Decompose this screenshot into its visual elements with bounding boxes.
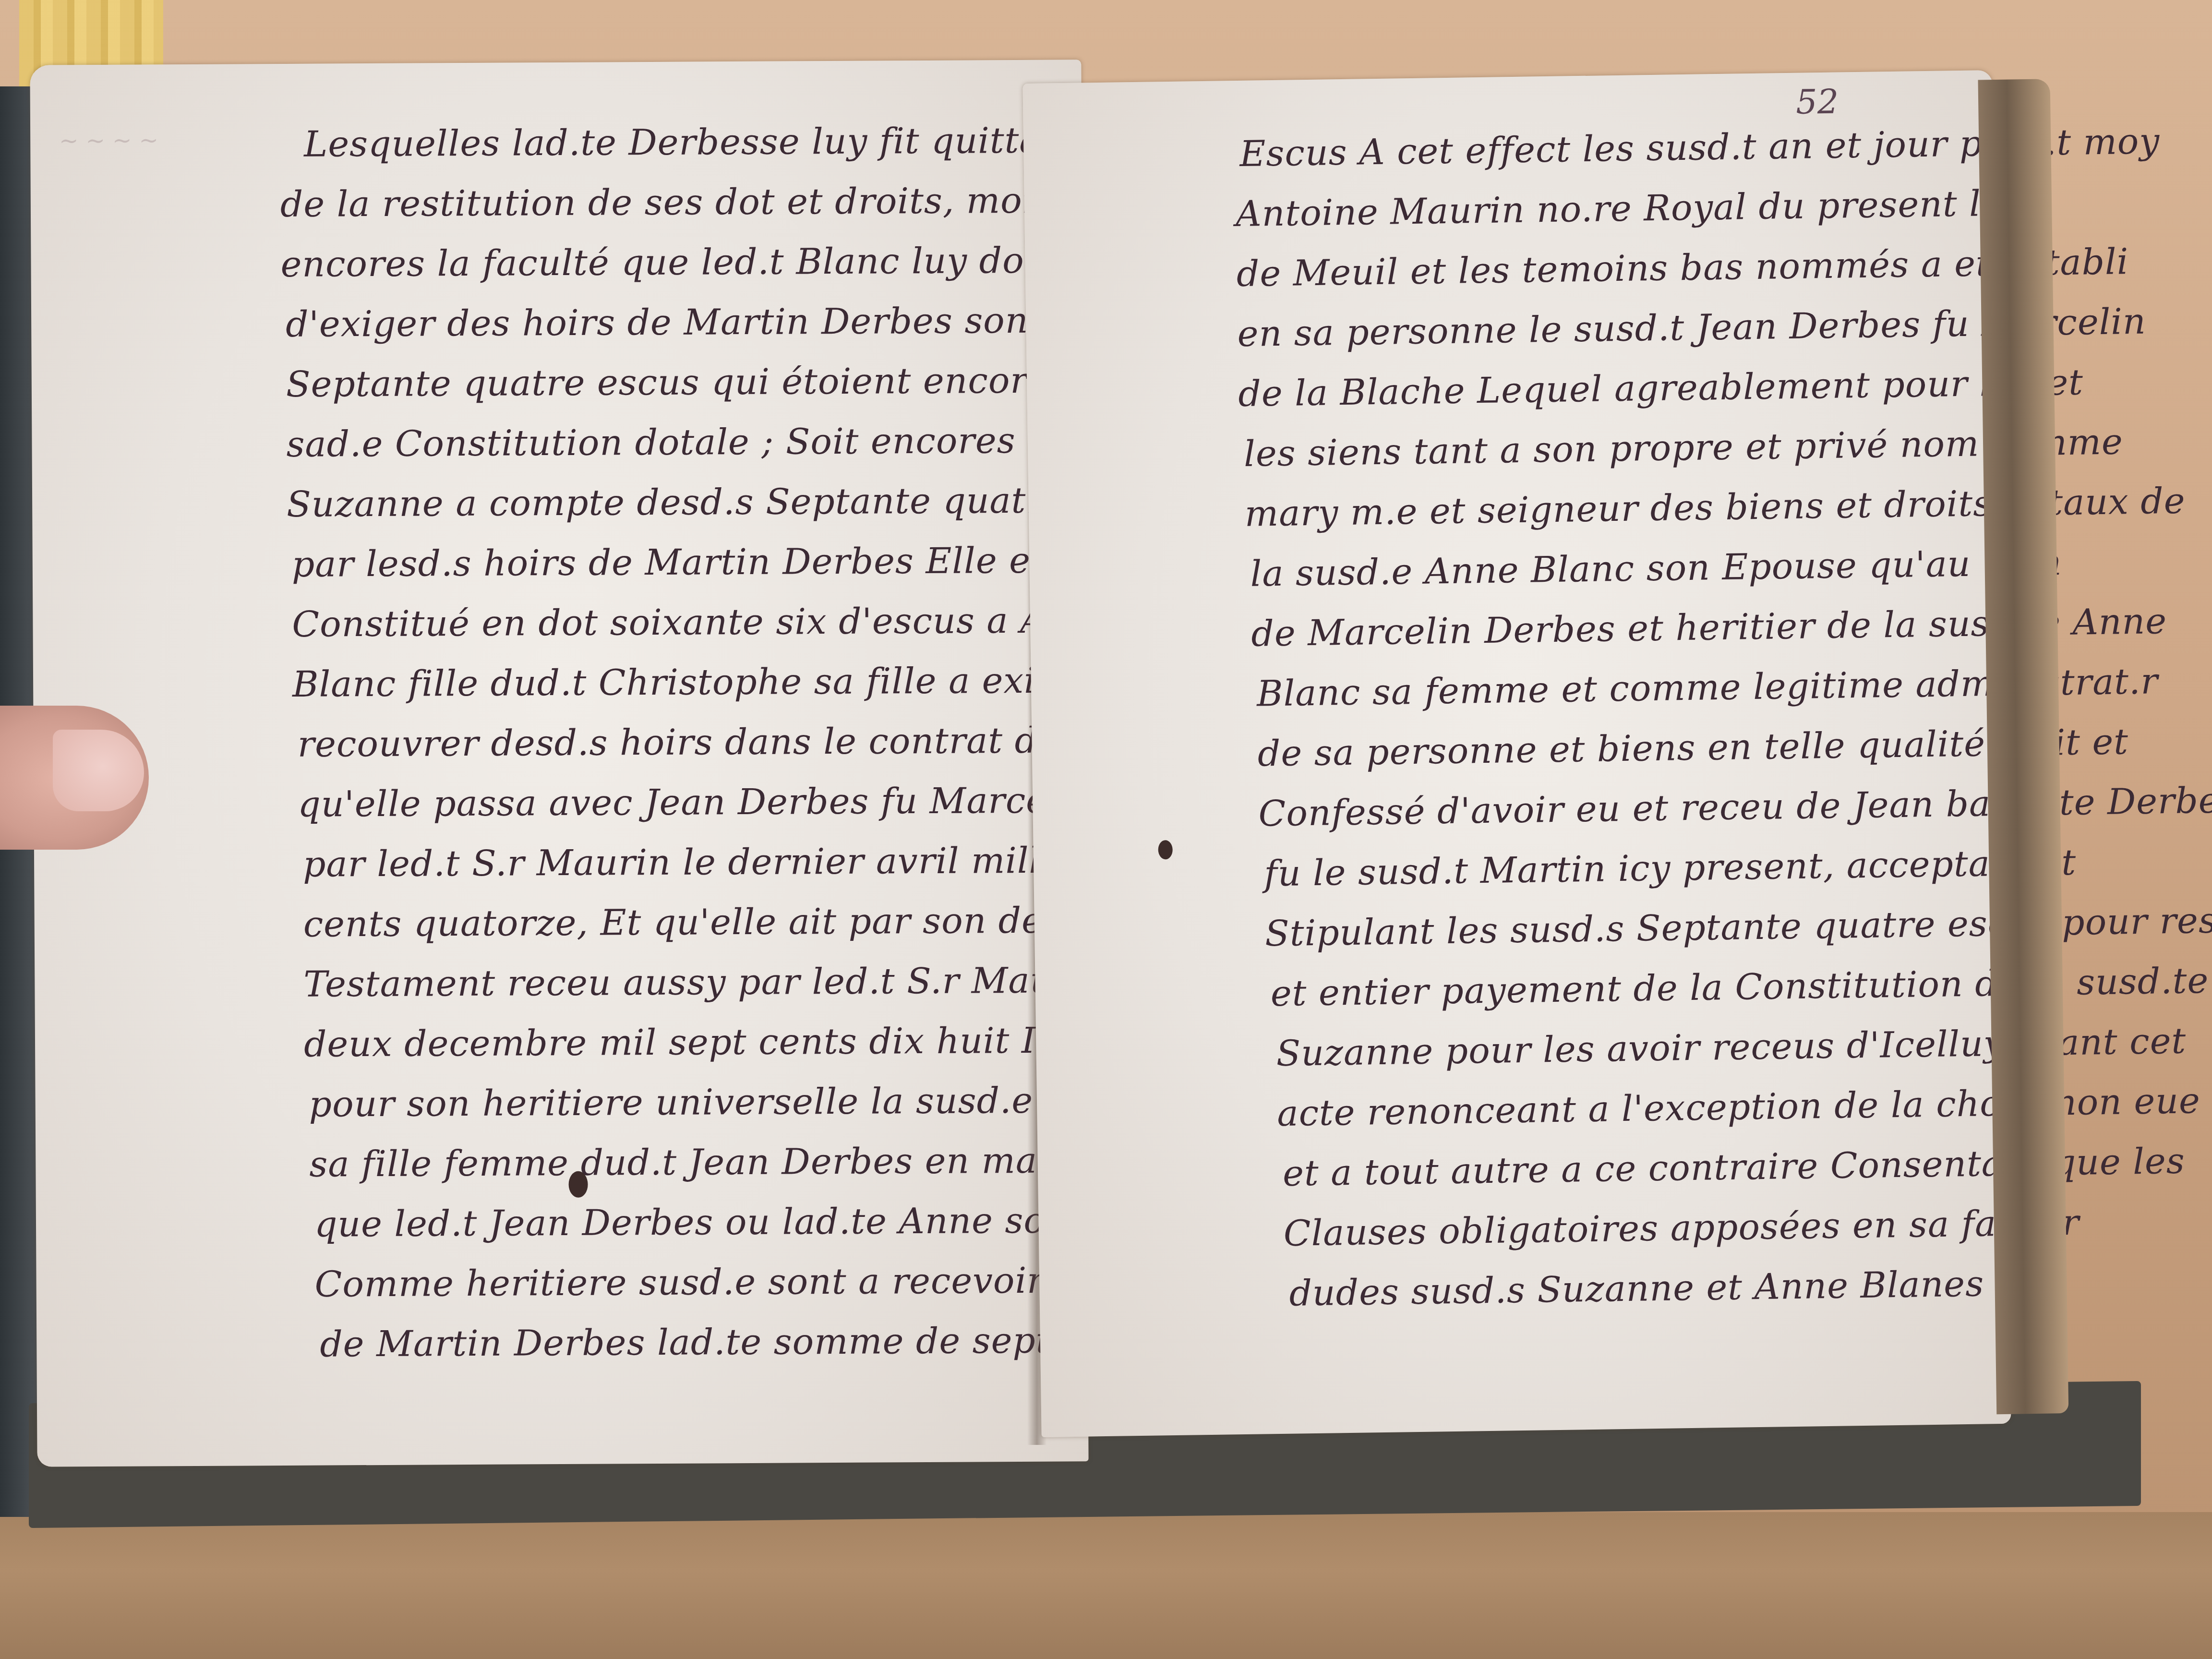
left-line-14: cents quatorze, Et qu'elle ait par son d… xyxy=(303,900,1135,945)
left-page: ~ ~ ~ ~ Lesquelles lad.te Derbesse luy f… xyxy=(30,60,1088,1467)
left-line-3: encores la faculté que led.t Blanc luy d… xyxy=(280,240,1093,285)
left-line-8: par lesd.s hoirs de Martin Derbes Elle e… xyxy=(292,540,1114,585)
table-edge xyxy=(0,1512,2212,1659)
right-line-16: Suzanne pour les avoir receus d'Icelluy … xyxy=(1276,1021,2187,1074)
right-line-3: de Meuil et les temoins bas nommés a eté… xyxy=(1236,241,2129,295)
right-page: 52 Escus A cet effect les susd.t an et j… xyxy=(1022,70,2011,1437)
left-line-17: pour son heritiere universelle la susd.e… xyxy=(309,1080,1139,1125)
right-line-6: les siens tant a son propre et privé nom… xyxy=(1244,421,2124,475)
left-line-4: d'exiger des hoirs de Martin Derbes son … xyxy=(286,300,1132,345)
right-line-20: dudes susd.s Suzanne et Anne Blanes set xyxy=(1289,1262,2051,1314)
photo-scene: ~ ~ ~ ~ Lesquelles lad.te Derbesse luy f… xyxy=(0,0,2212,1659)
left-line-13: par led.t S.r Maurin le dernier avril mi… xyxy=(303,840,1153,885)
right-line-19: Clauses obligatoires apposées en sa fave… xyxy=(1283,1202,2080,1254)
right-line-18: et a tout autre a ce contraire Consentan… xyxy=(1283,1141,2186,1194)
right-line-10: Blanc sa femme et comme legitime adminis… xyxy=(1257,661,2159,714)
bleed-through-text: ~ ~ ~ ~ xyxy=(59,127,158,154)
right-line-7: mary m.e et seigneur des biens et droits… xyxy=(1244,481,2186,535)
right-line-1: Escus A cet effect les susd.t an et jour… xyxy=(1239,120,2160,175)
right-line-13: fu le susd.t Martin icy present, accepta… xyxy=(1264,842,2077,895)
left-line-9: Constitué en dot soixante six d'escus a … xyxy=(292,600,1114,645)
page-number: 52 xyxy=(1796,82,1839,122)
right-line-17: acte renonceant a l'exception de la chos… xyxy=(1277,1080,2200,1134)
ink-blot xyxy=(568,1171,588,1198)
right-line-5: de la Blache Lequel agreablement pour lu… xyxy=(1238,361,2084,415)
right-line-11: de sa personne et biens en telle qualité… xyxy=(1257,721,2128,774)
right-line-2: Antoine Maurin no.re Royal du present li… xyxy=(1236,182,2038,235)
left-line-10: Blanc fille dud.t Christophe sa fille a … xyxy=(292,660,1146,705)
left-line-18: sa fille femme dud.t Jean Derbes en mani… xyxy=(309,1140,1133,1185)
right-line-8: la susd.e Anne Blanc son Epouse qu'au no… xyxy=(1250,542,2062,595)
ink-blot xyxy=(1158,840,1173,859)
thumbnail xyxy=(53,730,144,811)
right-line-4: en sa personne le susd.t Jean Derbes fu … xyxy=(1237,301,2146,355)
right-line-9: de Marcelin Derbes et heritier de la sus… xyxy=(1251,601,2167,655)
